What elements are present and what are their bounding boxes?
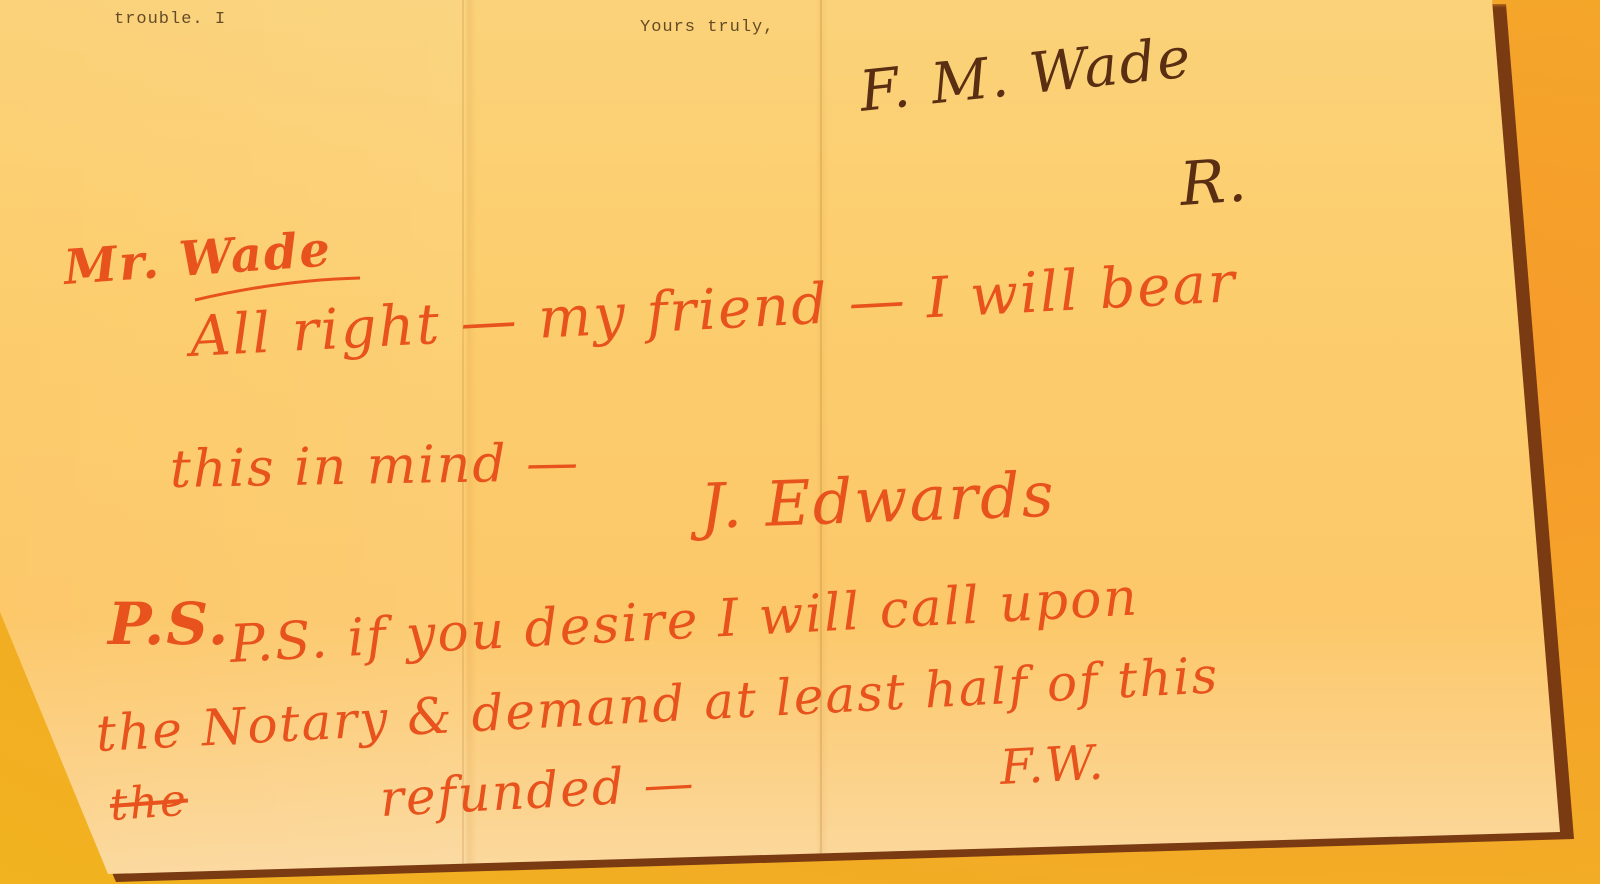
annotation-line-1: All right — my friend — I will bear — [188, 250, 1238, 370]
annotation-line-5: refunded — — [378, 754, 697, 828]
signature: F. M. Wade — [857, 25, 1196, 125]
fold-crease — [820, 0, 822, 884]
letter-paper: trouble. I Yours truly, F. M. Wade R. Mr… — [0, 0, 1600, 884]
annotation-struck-word: the — [108, 775, 189, 831]
annotation-initials: F.W. — [999, 735, 1107, 796]
annotation-ps-mark: P.S. — [108, 590, 230, 658]
typed-closing: Yours truly, — [640, 18, 774, 37]
typed-line-trouble: trouble. I — [114, 10, 226, 29]
annotation-line-2: this in mind — — [169, 433, 580, 500]
photo-scene: trouble. I Yours truly, F. M. Wade R. Mr… — [0, 0, 1600, 884]
annotation-signature: J. Edwards — [699, 458, 1057, 543]
signature-mark: R. — [1178, 145, 1251, 220]
